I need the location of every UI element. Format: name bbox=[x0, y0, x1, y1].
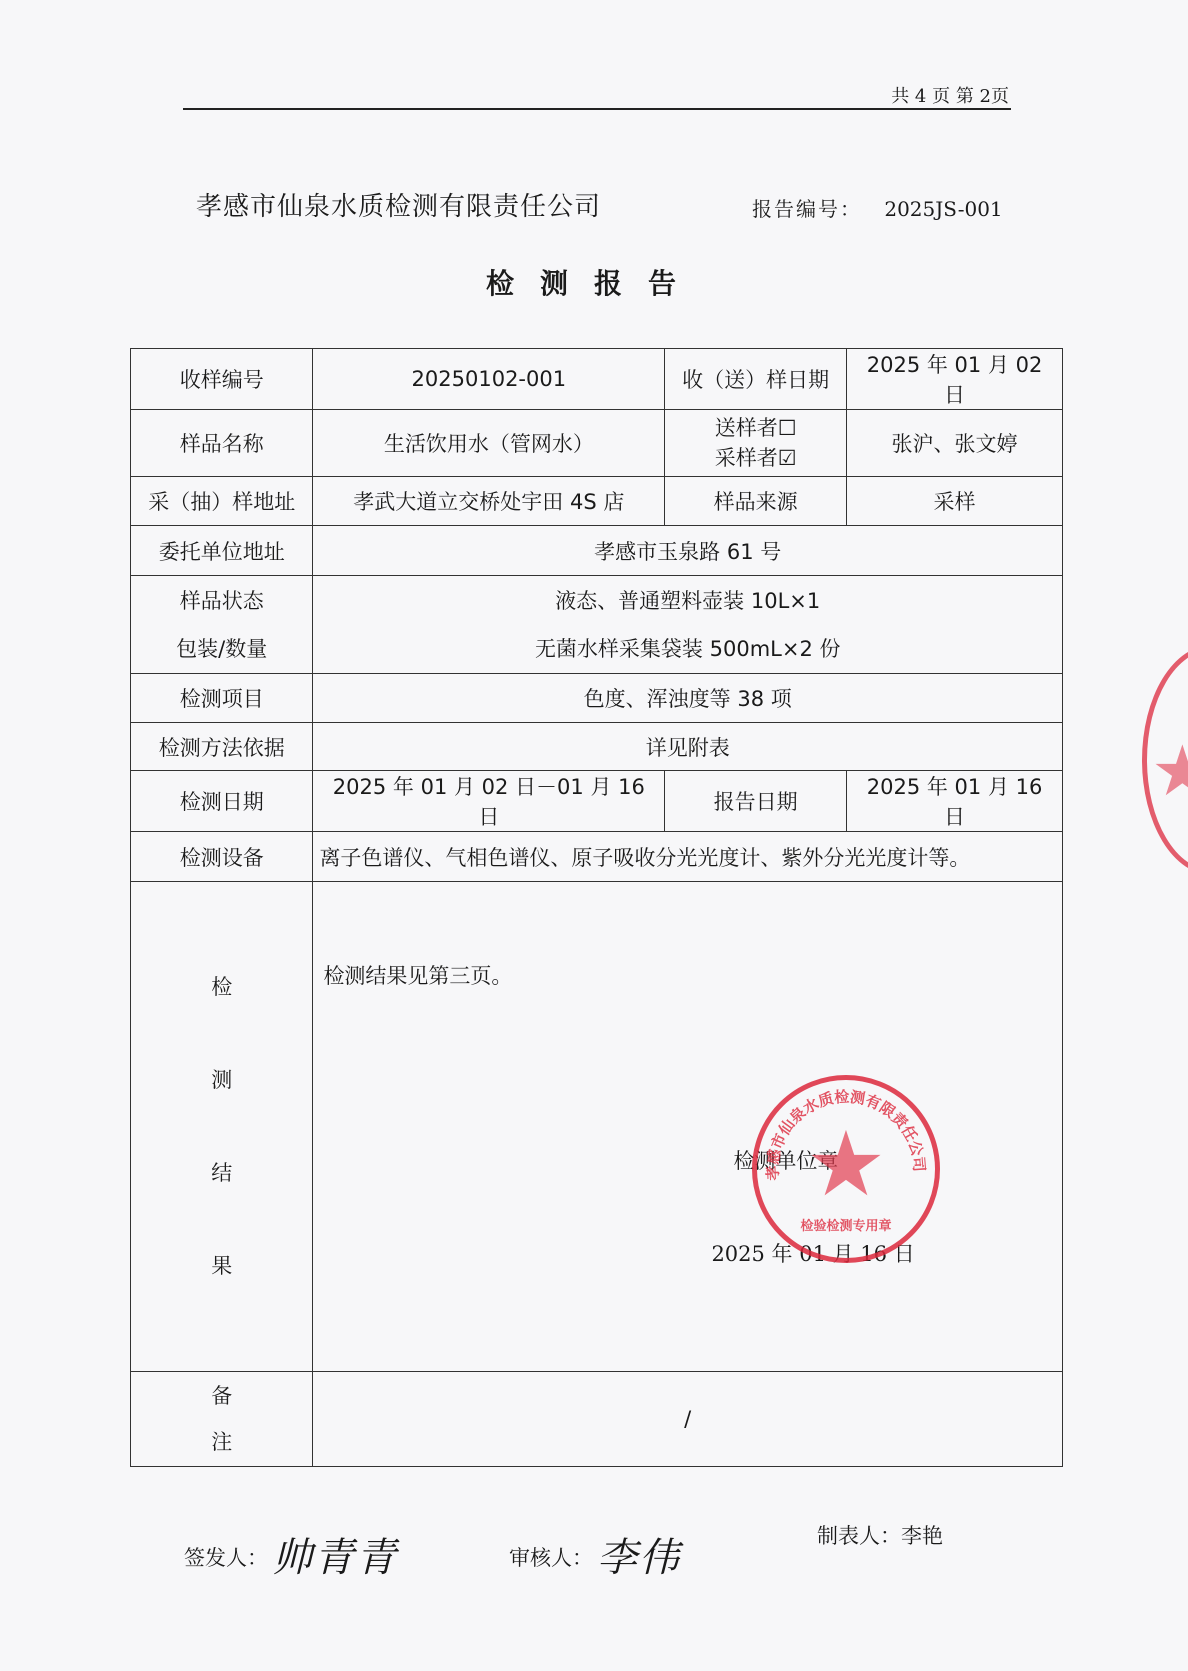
reviewer-label: 审核人： bbox=[509, 1546, 593, 1570]
client-address-value: 孝感市玉泉路 61 号 bbox=[313, 526, 1063, 576]
preparer: 制表人：李艳 bbox=[817, 1520, 943, 1550]
row-equipment: 检测设备 离子色谱仪、气相色谱仪、原子吸收分光光度计、紫外分光光度计等。 bbox=[131, 832, 1063, 882]
row-result: 检 测 结 果 检测结果见第三页。 检测单位章 2025 年 01 月 16 日 bbox=[131, 882, 1063, 1372]
sample-origin-options: 送样者☐ 采样者☑ bbox=[665, 410, 847, 477]
page-header: 共 4 页 第 2页 bbox=[183, 74, 1011, 110]
sample-source-label: 样品来源 bbox=[665, 477, 847, 526]
sampler-checkbox: 采样者☑ bbox=[671, 443, 840, 473]
preparer-name: 李艳 bbox=[901, 1524, 943, 1548]
sampling-address-value: 孝武大道立交桥处宇田 4S 店 bbox=[313, 477, 665, 526]
stamp-label: 检测单位章 bbox=[733, 1145, 838, 1175]
equipment-label: 检测设备 bbox=[131, 832, 313, 882]
test-items-value: 色度、浑浊度等 38 项 bbox=[313, 674, 1063, 723]
row-sampling-address: 采（抽）样地址 孝武大道立交桥处宇田 4S 店 样品来源 采样 bbox=[131, 477, 1063, 526]
preparer-label: 制表人： bbox=[817, 1524, 901, 1548]
report-date-label: 报告日期 bbox=[665, 771, 847, 832]
sample-state-label: 样品状态 包装/数量 bbox=[131, 576, 313, 674]
sender-checkbox: 送样者☐ bbox=[671, 413, 840, 443]
row-sample-name: 样品名称 生活饮用水（管网水） 送样者☐ 采样者☑ 张沪、张文婷 bbox=[131, 410, 1063, 477]
row-method: 检测方法依据 详见附表 bbox=[131, 723, 1063, 771]
test-items-label: 检测项目 bbox=[131, 674, 313, 723]
reviewer-signature: 李伟 bbox=[597, 1535, 681, 1581]
document-title: 检测报告 bbox=[0, 262, 1188, 302]
report-number-label: 报告编号： bbox=[752, 197, 862, 221]
row-test-items: 检测项目 色度、浑浊度等 38 项 bbox=[131, 674, 1063, 723]
sample-state-line2: 无菌水样采集袋装 500mL×2 份 bbox=[319, 625, 1056, 673]
sample-no-value: 20250102-001 bbox=[313, 349, 665, 410]
result-label-char: 检 bbox=[137, 941, 306, 1034]
sample-state-label-line1: 样品状态 bbox=[137, 577, 306, 625]
report-table: 收样编号 20250102-001 收（送）样日期 2025 年 01 月 02… bbox=[130, 348, 1063, 1467]
test-date-value: 2025 年 01 月 02 日－01 月 16 日 bbox=[313, 771, 665, 832]
receive-date-value: 2025 年 01 月 02 日 bbox=[847, 349, 1063, 410]
sample-name-value: 生活饮用水（管网水） bbox=[313, 410, 665, 477]
seal-star-icon: ★ bbox=[1151, 730, 1188, 812]
sample-name-label: 样品名称 bbox=[131, 410, 313, 477]
issuer-label: 签发人： bbox=[184, 1546, 268, 1570]
method-value: 详见附表 bbox=[313, 723, 1063, 771]
method-label: 检测方法依据 bbox=[131, 723, 313, 771]
sample-source-value: 采样 bbox=[847, 477, 1063, 526]
issuer: 签发人：帅青青 bbox=[184, 1520, 398, 1577]
stamp-date: 2025 年 01 月 16 日 bbox=[711, 1238, 914, 1268]
receive-date-label: 收（送）样日期 bbox=[665, 349, 847, 410]
row-remarks: 备 注 / bbox=[131, 1372, 1063, 1467]
remarks-label: 备 注 bbox=[131, 1372, 313, 1467]
sampler-names: 张沪、张文婷 bbox=[847, 410, 1063, 477]
report-number-value: 2025JS-001 bbox=[884, 197, 1002, 221]
remarks-label-char: 备 bbox=[137, 1373, 306, 1419]
result-label-char: 结 bbox=[137, 1127, 306, 1220]
perforation-seal-stamp: ★ bbox=[1142, 645, 1188, 875]
sample-state-value: 液态、普通塑料壶装 10L×1 无菌水样采集袋装 500mL×2 份 bbox=[313, 576, 1063, 674]
result-label-char: 测 bbox=[137, 1034, 306, 1127]
remarks-label-char: 注 bbox=[137, 1419, 306, 1465]
result-text: 检测结果见第三页。 bbox=[323, 960, 512, 990]
test-date-label: 检测日期 bbox=[131, 771, 313, 832]
sample-state-line1: 液态、普通塑料壶装 10L×1 bbox=[319, 577, 1056, 625]
report-date-value: 2025 年 01 月 16 日 bbox=[847, 771, 1063, 832]
page-counter: 共 4 页 第 2页 bbox=[891, 82, 1009, 108]
company-name: 孝感市仙泉水质检测有限责任公司 bbox=[196, 186, 601, 223]
sampling-address-label: 采（抽）样地址 bbox=[131, 477, 313, 526]
result-label-char: 果 bbox=[137, 1220, 306, 1313]
result-value: 检测结果见第三页。 检测单位章 2025 年 01 月 16 日 bbox=[313, 882, 1063, 1372]
sample-no-label: 收样编号 bbox=[131, 349, 313, 410]
result-label: 检 测 结 果 bbox=[131, 882, 313, 1372]
reviewer: 审核人：李伟 bbox=[509, 1520, 681, 1577]
row-sample-no: 收样编号 20250102-001 收（送）样日期 2025 年 01 月 02… bbox=[131, 349, 1063, 410]
row-test-date: 检测日期 2025 年 01 月 02 日－01 月 16 日 报告日期 202… bbox=[131, 771, 1063, 832]
client-address-label: 委托单位地址 bbox=[131, 526, 313, 576]
report-number: 报告编号： 2025JS-001 bbox=[752, 193, 1003, 222]
remarks-value: / bbox=[313, 1372, 1063, 1467]
equipment-value: 离子色谱仪、气相色谱仪、原子吸收分光光度计、紫外分光光度计等。 bbox=[313, 832, 1063, 882]
issuer-signature: 帅青青 bbox=[272, 1535, 398, 1581]
sample-state-label-line2: 包装/数量 bbox=[137, 625, 306, 673]
row-sample-state: 样品状态 包装/数量 液态、普通塑料壶装 10L×1 无菌水样采集袋装 500m… bbox=[131, 576, 1063, 674]
row-client-address: 委托单位地址 孝感市玉泉路 61 号 bbox=[131, 526, 1063, 576]
